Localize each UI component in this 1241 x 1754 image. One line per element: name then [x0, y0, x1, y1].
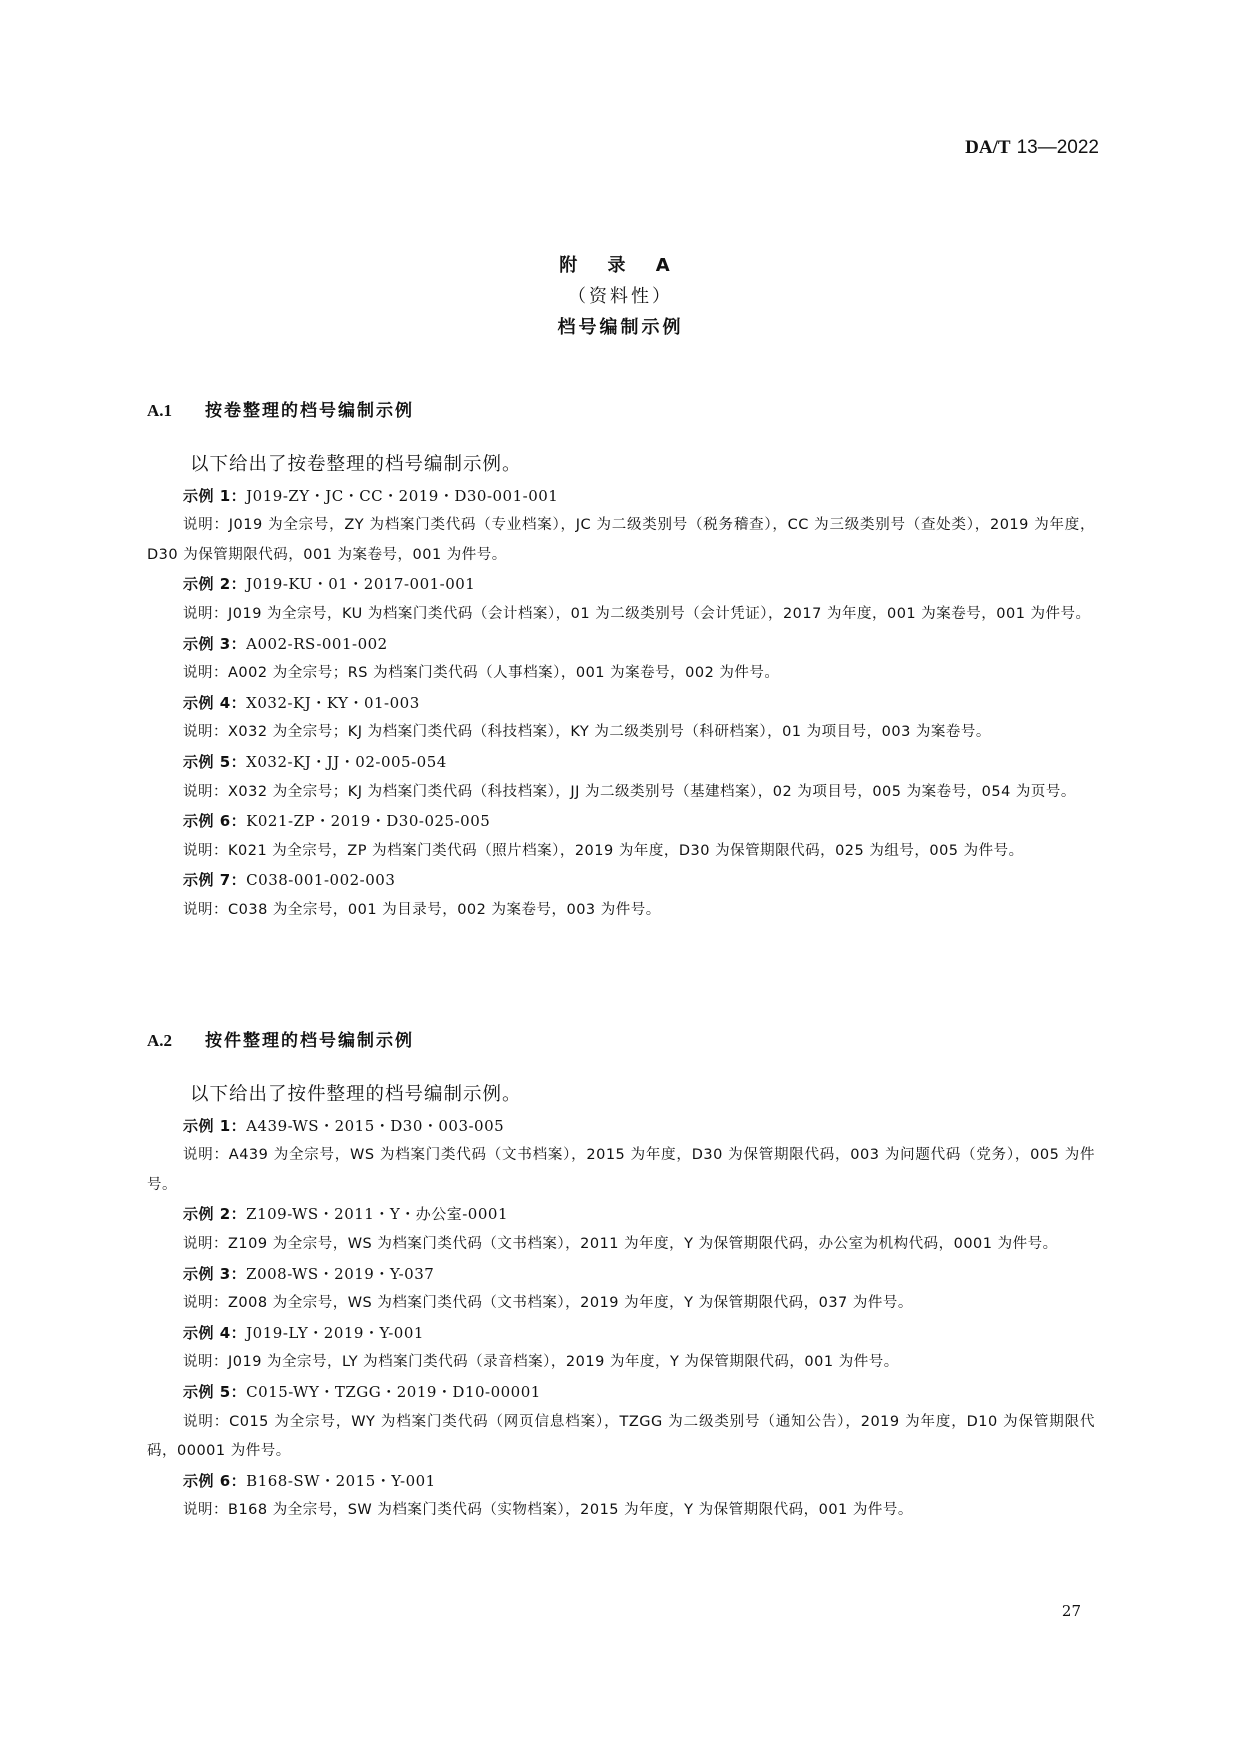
example-description: 说明：J019 为全宗号，ZY 为档案门类代码（专业档案），JC 为二级类别号（… [147, 511, 1095, 570]
example-code: X032-KJ・KY・01-003 [246, 694, 420, 712]
example-code: B168-SW・2015・Y-001 [246, 1472, 436, 1490]
example-line: 示例 4：J019-LY・2019・Y-001 [147, 1319, 1095, 1349]
example-code: A002-RS-001-002 [246, 635, 388, 653]
example-label: 示例 6： [183, 812, 246, 830]
section-number: A.2 [147, 1031, 205, 1051]
section-body-a2: 以下给出了按件整理的档号编制示例。 示例 1：A439-WS・2015・D30・… [147, 1080, 1095, 1526]
example-line: 示例 6：K021-ZP・2019・D30-025-005 [147, 807, 1095, 837]
example-description: 说明：C015 为全宗号，WY 为档案门类代码（网页信息档案），TZGG 为二级… [147, 1408, 1095, 1467]
section-intro: 以下给出了按卷整理的档号编制示例。 [147, 450, 1095, 480]
example-line: 示例 1：A439-WS・2015・D30・003-005 [147, 1112, 1095, 1142]
appendix-title: 附 录 A [0, 250, 1241, 281]
example-code: J019-KU・01・2017-001-001 [246, 575, 475, 593]
example-description: 说明：Z008 为全宗号，WS 为档案门类代码（文书档案），2019 为年度，Y… [147, 1289, 1095, 1319]
example-line: 示例 2：J019-KU・01・2017-001-001 [147, 570, 1095, 600]
example-description: 说明：C038 为全宗号，001 为目录号，002 为案卷号，003 为件号。 [147, 896, 1095, 926]
example-code: K021-ZP・2019・D30-025-005 [246, 812, 490, 830]
example-label: 示例 2： [183, 575, 246, 593]
section-title-a1: A.1按卷整理的档号编制示例 [147, 396, 414, 421]
example-code: A439-WS・2015・D30・003-005 [246, 1117, 504, 1135]
example-line: 示例 2：Z109-WS・2011・Y・办公室-0001 [147, 1200, 1095, 1230]
standard-code: DA/T 13—2022 [965, 136, 1099, 159]
appendix-name: 档号编制示例 [0, 312, 1241, 343]
example-code: J019-ZY・JC・CC・2019・D30-001-001 [246, 487, 558, 505]
example-description: 说明：X032 为全宗号；KJ 为档案门类代码（科技档案），KY 为二级类别号（… [147, 718, 1095, 748]
example-line: 示例 1：J019-ZY・JC・CC・2019・D30-001-001 [147, 482, 1095, 512]
example-description: 说明：J019 为全宗号，KU 为档案门类代码（会计档案），01 为二级类别号（… [147, 600, 1095, 630]
page-number: 27 [1062, 1602, 1081, 1620]
example-label: 示例 3： [183, 635, 246, 653]
section-title-a2: A.2按件整理的档号编制示例 [147, 1026, 414, 1051]
section-title-text: 按件整理的档号编制示例 [205, 1031, 414, 1051]
section-body-a1: 以下给出了按卷整理的档号编制示例。 示例 1：J019-ZY・JC・CC・201… [147, 450, 1095, 926]
example-line: 示例 4：X032-KJ・KY・01-003 [147, 689, 1095, 719]
example-description: 说明：K021 为全宗号，ZP 为档案门类代码（照片档案），2019 为年度，D… [147, 837, 1095, 867]
example-label: 示例 5： [183, 1383, 246, 1401]
example-line: 示例 6：B168-SW・2015・Y-001 [147, 1467, 1095, 1497]
example-label: 示例 4： [183, 694, 246, 712]
example-description: 说明：J019 为全宗号，LY 为档案门类代码（录音档案），2019 为年度，Y… [147, 1348, 1095, 1378]
example-label: 示例 2： [183, 1205, 246, 1223]
example-line: 示例 7：C038-001-002-003 [147, 866, 1095, 896]
example-line: 示例 5：C015-WY・TZGG・2019・D10-00001 [147, 1378, 1095, 1408]
example-label: 示例 3： [183, 1265, 246, 1283]
example-description: 说明：B168 为全宗号，SW 为档案门类代码（实物档案），2015 为年度，Y… [147, 1496, 1095, 1526]
example-label: 示例 5： [183, 753, 246, 771]
example-line: 示例 3：Z008-WS・2019・Y-037 [147, 1260, 1095, 1290]
example-label: 示例 1： [183, 487, 246, 505]
example-code: C015-WY・TZGG・2019・D10-00001 [246, 1383, 541, 1401]
example-code: C038-001-002-003 [246, 871, 395, 889]
example-code: Z008-WS・2019・Y-037 [246, 1265, 434, 1283]
example-label: 示例 6： [183, 1472, 246, 1490]
section-intro: 以下给出了按件整理的档号编制示例。 [147, 1080, 1095, 1110]
section-number: A.1 [147, 401, 205, 421]
appendix-type: （资料性） [0, 281, 1241, 312]
example-label: 示例 1： [183, 1117, 246, 1135]
standard-number: 13—2022 [1017, 137, 1099, 158]
example-label: 示例 4： [183, 1324, 246, 1342]
example-description: 说明：X032 为全宗号；KJ 为档案门类代码（科技档案），JJ 为二级类别号（… [147, 778, 1095, 808]
example-code: X032-KJ・JJ・02-005-054 [246, 753, 447, 771]
section-title-text: 按卷整理的档号编制示例 [205, 401, 414, 421]
example-line: 示例 3：A002-RS-001-002 [147, 630, 1095, 660]
example-code: Z109-WS・2011・Y・办公室-0001 [246, 1205, 508, 1223]
example-description: 说明：Z109 为全宗号，WS 为档案门类代码（文书档案），2011 为年度，Y… [147, 1230, 1095, 1260]
standard-prefix: DA/T [965, 137, 1010, 158]
example-description: 说明：A439 为全宗号，WS 为档案门类代码（文书档案），2015 为年度，D… [147, 1141, 1095, 1200]
example-code: J019-LY・2019・Y-001 [246, 1324, 424, 1342]
appendix-heading: 附 录 A （资料性） 档号编制示例 [0, 250, 1241, 343]
example-line: 示例 5：X032-KJ・JJ・02-005-054 [147, 748, 1095, 778]
example-label: 示例 7： [183, 871, 246, 889]
example-description: 说明：A002 为全宗号；RS 为档案门类代码（人事档案），001 为案卷号，0… [147, 659, 1095, 689]
